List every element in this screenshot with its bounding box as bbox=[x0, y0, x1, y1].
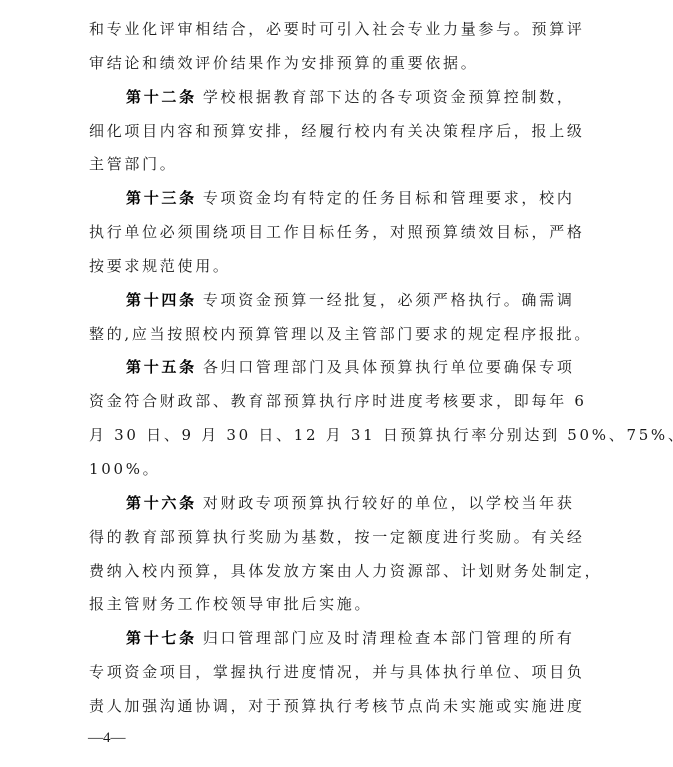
article-16-line: 第十六条对财政专项预算执行较好的单位，以学校当年获 bbox=[89, 487, 589, 521]
article-text: 专项资金均有特定的任务目标和管理要求，校内 bbox=[203, 189, 575, 207]
article-15-line: 第十五条各归口管理部门及具体预算执行单位要确保专项 bbox=[89, 351, 589, 385]
text-line: 按要求规范使用。 bbox=[89, 250, 589, 284]
article-17-line: 第十七条归口管理部门应及时清理检查本部门管理的所有 bbox=[89, 622, 589, 656]
article-number: 第十三条 bbox=[126, 189, 197, 207]
article-text: 学校根据教育部下达的各专项资金预算控制数， bbox=[203, 88, 575, 106]
text-line: 资金符合财政部、教育部预算执行序时进度考核要求，即每年 6 bbox=[89, 385, 589, 419]
text-line: 费纳入校内预算，具体发放方案由人力资源部、计划财务处制定， bbox=[89, 555, 589, 589]
article-number: 第十二条 bbox=[126, 88, 197, 106]
article-13-line: 第十三条专项资金均有特定的任务目标和管理要求，校内 bbox=[89, 182, 589, 216]
text-line: 和专业化评审相结合，必要时可引入社会专业力量参与。预算评 bbox=[89, 13, 589, 47]
article-text: 归口管理部门应及时清理检查本部门管理的所有 bbox=[203, 629, 575, 647]
article-12-line: 第十二条学校根据教育部下达的各专项资金预算控制数， bbox=[89, 81, 589, 115]
article-text: 对财政专项预算执行较好的单位，以学校当年获 bbox=[203, 494, 575, 512]
article-number: 第十七条 bbox=[126, 629, 197, 647]
article-number: 第十六条 bbox=[126, 494, 197, 512]
text-line: 得的教育部预算执行奖励为基数，按一定额度进行奖励。有关经 bbox=[89, 521, 589, 555]
document-body: 和专业化评审相结合，必要时可引入社会专业力量参与。预算评 审结论和绩效评价结果作… bbox=[89, 13, 589, 724]
text-line: 执行单位必须围绕项目工作目标任务，对照预算绩效目标，严格 bbox=[89, 216, 589, 250]
text-line: 审结论和绩效评价结果作为安排预算的重要依据。 bbox=[89, 47, 589, 81]
page-number: —4— bbox=[88, 730, 126, 747]
text-line: 专项资金项目，掌握执行进度情况，并与具体执行单位、项目负 bbox=[89, 656, 589, 690]
article-text: 专项资金预算一经批复，必须严格执行。确需调 bbox=[203, 291, 575, 309]
document-page: 和专业化评审相结合，必要时可引入社会专业力量参与。预算评 审结论和绩效评价结果作… bbox=[0, 0, 673, 767]
text-line: 整的,应当按照校内预算管理以及主管部门要求的规定程序报批。 bbox=[89, 318, 589, 352]
article-number: 第十四条 bbox=[126, 291, 197, 309]
text-line: 细化项目内容和预算安排，经履行校内有关决策程序后，报上级 bbox=[89, 115, 589, 149]
article-text: 各归口管理部门及具体预算执行单位要确保专项 bbox=[203, 358, 575, 376]
text-line: 主管部门。 bbox=[89, 148, 589, 182]
article-14-line: 第十四条专项资金预算一经批复，必须严格执行。确需调 bbox=[89, 284, 589, 318]
text-line: 报主管财务工作校领导审批后实施。 bbox=[89, 588, 589, 622]
text-line: 责人加强沟通协调，对于预算执行考核节点尚未实施或实施进度 bbox=[89, 690, 589, 724]
article-number: 第十五条 bbox=[126, 358, 197, 376]
text-line: 月 30 日、9 月 30 日、12 月 31 日预算执行率分别达到 50%、7… bbox=[89, 419, 589, 453]
text-line: 100%。 bbox=[89, 453, 589, 487]
